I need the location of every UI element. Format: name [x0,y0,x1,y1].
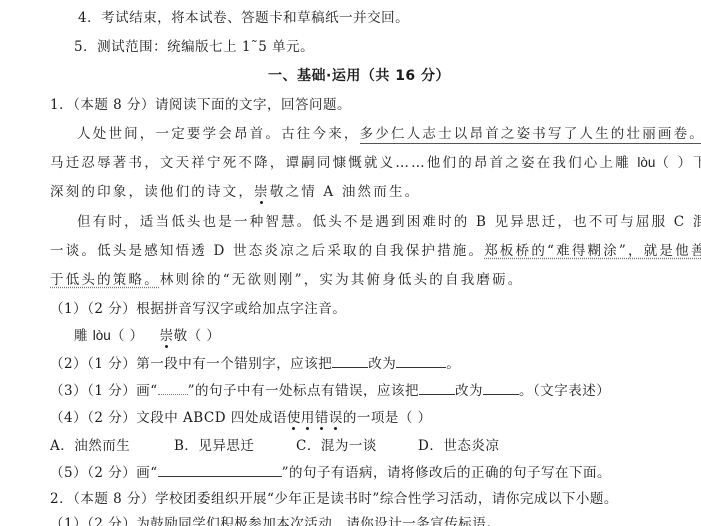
underline-mark-sample [158,464,282,477]
question-2-sub-1: （1）（2 分）为鼓励同学们积极参加本次活动，请你设计一条宣传标语。 [50,514,500,526]
sub-question-3-text: ”的句子中有一处标点有错误，应该把 [188,383,419,399]
passage-para2-line3: 于低头的策略。林则徐的“无欲则刚”，实为其俯身低头的自我磨砺。 [50,270,524,290]
answer-blank[interactable] [419,382,455,395]
dotted-char: 误 [329,410,343,426]
sub-question-5-text: （5）（2 分）画“ [50,465,158,481]
passage-text: 深刻的印象，读他们的诗文， [50,184,254,200]
instruction-item-4: 4．考试结束，将本试卷、答题卡和草稿纸一并交回。 [78,8,409,28]
option-c[interactable]: C．混为一谈 [296,436,377,456]
sub-question-5-text: ”的句子有语病，请将修改后的正确的句子写在下面。 [282,465,611,481]
passage-para1-line3: 深刻的印象，读他们的诗文，崇敬之情 A 油然而生。 [50,182,420,202]
option-b[interactable]: B．见异思迁 [174,436,254,456]
wavy-underlined-sentence: 郑板桥的“难得糊涂”，就是他善 [484,243,701,259]
sub-question-4: （4）（2 分）文段中 ABCD 四处成语使用错误的一项是（ ） [50,408,432,428]
sub-question-2-text: 改为 [368,356,396,372]
passage-text: 一谈。低头是感知悟透 D 世态炎凉之后采取的自我保护措施。 [50,243,484,259]
answer-blank[interactable] [396,355,446,368]
passage-text: （ ）下 [655,155,701,171]
question-1-header: 1．（本题 8 分）请阅读下面的文字，回答问题。 [50,95,351,115]
passage-text: 人处世间，一定要学会昂首。古往今来， [77,126,360,142]
sub-question-2-text: （2）（1 分）第一段中有一个错别字，应该把 [50,356,332,372]
answer-paren-a[interactable]: （ ） [111,328,144,344]
passage-para2-line2: 一谈。低头是感知悟透 D 世态炎凉之后采取的自我保护措施。郑板桥的“难得糊涂”，… [50,241,701,261]
sub-question-4-text: 的一项是（ ） [343,410,432,426]
sub-question-3-text: （3）（1 分）画“ [50,383,158,399]
dotted-char: 崇 [160,328,174,344]
section-heading: 一、基础·运用（共 16 分） [268,66,450,86]
sub-question-1-label: （1）（2 分）根据拼音写汉字或给加点字注音。 [50,299,346,319]
char-jing: 敬 [174,328,188,344]
wavy-underlined-sentence: 于低头的策略。 [50,272,160,288]
option-a[interactable]: A．油然而生 [50,436,130,456]
passage-para1-line2: 马迁忍辱著书，文天祥宁死不降，谭嗣同慷慨就义……他们的昂首之姿在我们心上雕 lò… [50,153,701,173]
sub-question-5: （5）（2 分）画“”的句子有语病，请将修改后的正确的句子写在下面。 [50,463,611,483]
passage-text: 林则徐的“无欲则刚”，实为其俯身低头的自我磨砺。 [160,272,524,288]
dotted-char: 使 [287,410,301,426]
char-diao: 雕 [74,328,88,344]
dotted-char: 用 [301,410,315,426]
sub-question-3-text: 。（文字表述） [519,383,610,399]
sub-question-1-items: 雕 lòu（ ）崇敬（ ） [74,326,220,346]
passage-text: 马迁忍辱著书，文天祥宁死不降，谭嗣同慷慨就义……他们的昂首之姿在我们心上雕 [50,155,637,171]
passage-para2-line1: 但有时，适当低头也是一种智慧。低头不是遇到困难时的 B 见异思迁，也不可与屈服 … [77,212,701,232]
question-2-header: 2．（本题 8 分）学校团委组织开展“少年正是读书时”综合性学习活动，请你完成以… [50,489,618,509]
pinyin-lou: lòu [93,328,111,343]
answer-paren-b[interactable]: （ ） [188,328,221,344]
passage-para1-line1: 人处世间，一定要学会昂首。古往今来，多少仁人志士以昂首之姿书写了人生的壮丽画卷。… [77,124,701,144]
sub-question-2-text: 。 [446,356,460,372]
pinyin-lou: lòu [637,155,655,170]
sub-question-4-text: （4）（2 分）文段中 ABCD 四处成语 [50,410,287,426]
wavy-mark-sample [158,382,188,395]
option-d[interactable]: D．世态炎凉 [418,436,499,456]
answer-blank[interactable] [483,382,519,395]
instruction-item-5: 5．测试范围：统编版七上 1˜5 单元。 [74,37,314,57]
sub-question-3-text: 改为 [455,383,483,399]
sub-question-3: （3）（1 分）画“”的句子中有一处标点有错误，应该把改为。（文字表述） [50,381,610,401]
sub-question-2: （2）（1 分）第一段中有一个错别字，应该把改为。 [50,354,460,374]
dotted-char: 错 [315,410,329,426]
dotted-char: 崇 [254,184,270,200]
answer-blank[interactable] [332,355,368,368]
passage-text: 敬之情 A 油然而生。 [270,184,421,200]
underlined-sentence: 多少仁人志士以昂首之姿书写了人生的壮丽画卷。 [360,126,701,144]
